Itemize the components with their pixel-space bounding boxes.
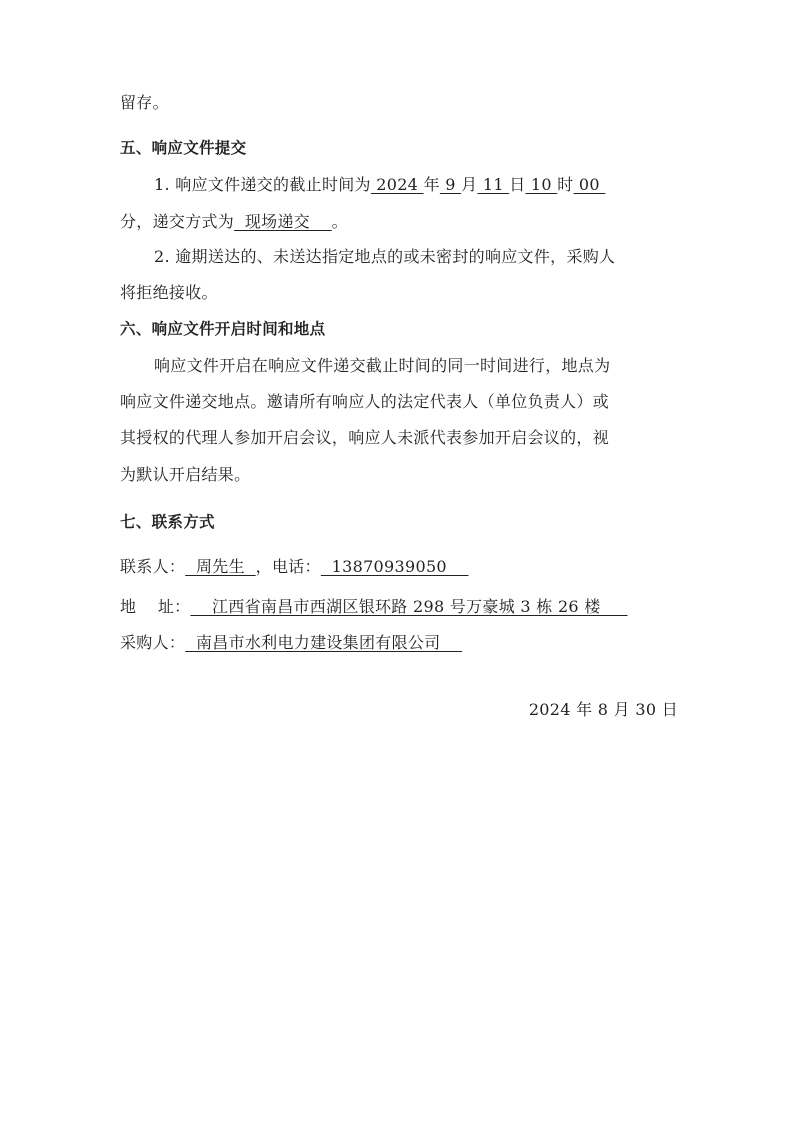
year-label: 年 [424,175,440,194]
item-1-end: 。 [332,212,348,231]
day-label: 日 [509,175,525,194]
section-5-item-2-line-1: 2. 逾期送达的、未送达指定地点的或未密封的响应文件，采购人 [154,247,684,267]
section-6-para-line-3: 其授权的代理人参加开启会议，响应人未派代表参加开启会议的，视 [120,428,684,448]
section-5-item-1-line-2: 分，递交方式为 现场递交 。 [120,212,684,232]
section-5-item-1-line-1: 1. 响应文件递交的截止时间为 2024 年 9 月 11 日 10 时 00 [154,175,684,195]
carryover-text: 留存。 [120,93,684,113]
section-6-para-line-2: 响应文件递交地点。邀请所有响应人的法定代表人（单位负责人）或 [120,392,684,412]
section-6-para-line-4: 为默认开启结果。 [120,465,684,485]
contact-line: 联系人： 周先生 ，电话： 13870939050 [120,557,684,577]
item-1-prefix: 1. 响应文件递交的截止时间为 [154,175,371,194]
address-line: 地 址： 江西省南昌市西湖区银环路 298 号万豪城 3 栋 26 楼 [120,597,684,617]
section-7-heading: 七、联系方式 [120,512,684,532]
month-label: 月 [461,175,477,194]
section-5-heading: 五、响应文件提交 [120,138,684,158]
section-6-heading: 六、响应文件开启时间和地点 [120,319,684,339]
purchaser-label: 采购人： [120,633,185,652]
contact-label: 联系人： [120,557,185,576]
hour-label: 时 [557,175,573,194]
deadline-minute: 00 [574,175,606,194]
address-value: 江西省南昌市西湖区银环路 298 号万豪城 3 栋 26 楼 [190,597,627,616]
phone-label: ，电话： [256,557,321,576]
contact-value: 周先生 [185,557,255,576]
address-label: 地 址： [120,597,190,616]
document-page: 留存。 五、响应文件提交 1. 响应文件递交的截止时间为 2024 年 9 月 … [0,0,800,1132]
purchaser-line: 采购人： 南昌市水利电力建设集团有限公司 [120,633,684,653]
phone-value: 13870939050 [321,557,469,576]
deadline-year: 2024 [371,175,424,194]
section-5-item-2-line-2: 将拒绝接收。 [120,283,684,303]
deadline-month: 9 [440,175,461,194]
minute-label: 分，递交方式为 [120,212,234,231]
submission-method: 现场递交 [234,212,332,231]
section-6-para-line-1: 响应文件开启在响应文件递交截止时间的同一时间进行，地点为 [154,356,684,376]
document-date: 2024 年 8 月 30 日 [529,700,678,720]
purchaser-value: 南昌市水利电力建设集团有限公司 [185,633,462,652]
deadline-hour: 10 [526,175,558,194]
deadline-day: 11 [477,175,509,194]
